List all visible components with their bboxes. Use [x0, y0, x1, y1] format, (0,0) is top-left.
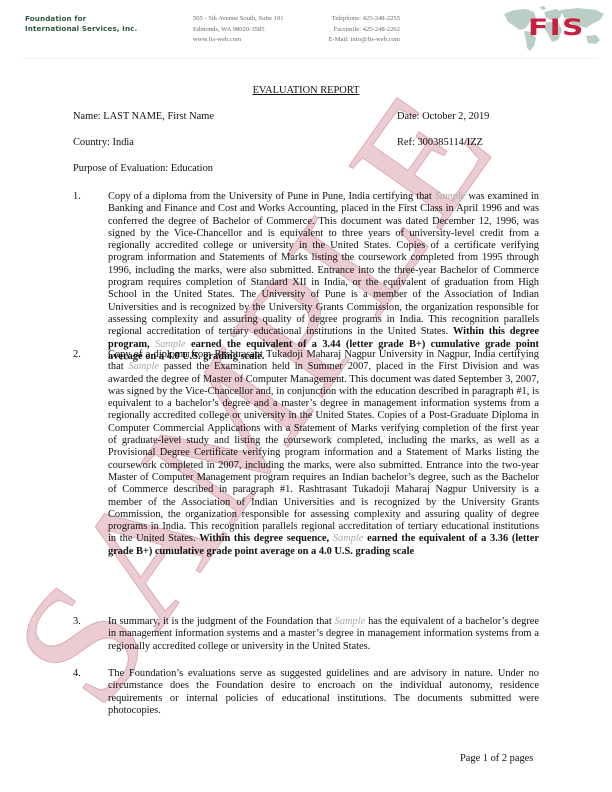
organization-name: Foundation for International Services, I…	[25, 14, 137, 34]
applicant-name: Sample	[333, 533, 364, 544]
paragraph-3: In summary, it is the judgment of the Fo…	[108, 616, 539, 653]
paragraph-2: Copy of a diploma from Rashtrasant Tukad…	[108, 349, 539, 558]
paragraph-number: 2.	[73, 349, 81, 361]
fis-logo: FIS	[500, 4, 608, 54]
logo-text: FIS	[528, 18, 585, 40]
country-field: Country: India	[73, 137, 134, 149]
letterhead-divider	[22, 58, 597, 59]
paragraph-number: 1.	[73, 191, 81, 203]
report-title: EVALUATION REPORT	[0, 85, 612, 97]
applicant-name: Sample	[335, 616, 366, 627]
address-block: 505 - 5th Avenue South, Suite 101 Edmond…	[193, 14, 284, 46]
org-name-line1: Foundation for	[25, 14, 137, 24]
paragraph-text: was examined in Banking and Finance and …	[108, 191, 539, 337]
paragraph-text: Copy of a diploma from the University of…	[108, 191, 435, 202]
applicant-name: Sample	[155, 339, 186, 350]
paragraph-4: The Foundation’s evaluations serve as su…	[108, 668, 539, 717]
telephone: Telephone: 425-248-2255	[306, 14, 400, 25]
applicant-name: Sample	[128, 361, 159, 372]
website: www.fis-web.com	[193, 35, 284, 46]
org-name-line2: International Services, Inc.	[25, 24, 137, 34]
purpose-field: Purpose of Evaluation: Education	[73, 163, 213, 175]
letterhead: Foundation for International Services, I…	[0, 0, 612, 58]
facsimile: Facsimile: 425-248-2262	[306, 25, 400, 36]
date-field: Date: October 2, 2019	[397, 111, 489, 123]
contact-block: Telephone: 425-248-2255 Facsimile: 425-2…	[306, 14, 400, 46]
page-number: Page 1 of 2 pages	[460, 753, 533, 765]
ref-field: Ref: 300385114/IZZ	[397, 137, 483, 149]
paragraph-number: 3.	[73, 616, 81, 628]
paragraph-text: The Foundation’s evaluations serve as su…	[108, 668, 539, 716]
paragraph-text: passed the Examination held in Summer 20…	[108, 361, 539, 544]
paragraph-number: 4.	[73, 668, 81, 680]
email: E-Mail: info@fis-web.com	[306, 35, 400, 46]
name-field: Name: LAST NAME, First Name	[73, 111, 214, 123]
applicant-name: Sample	[435, 191, 466, 202]
paragraph-text: In summary, it is the judgment of the Fo…	[108, 616, 335, 627]
address-line2: Edmonds, WA 98020-3585	[193, 25, 284, 36]
paragraph-1: Copy of a diploma from the University of…	[108, 191, 539, 363]
bold-statement: Within this degree sequence,	[199, 533, 333, 544]
address-line1: 505 - 5th Avenue South, Suite 101	[193, 14, 284, 25]
